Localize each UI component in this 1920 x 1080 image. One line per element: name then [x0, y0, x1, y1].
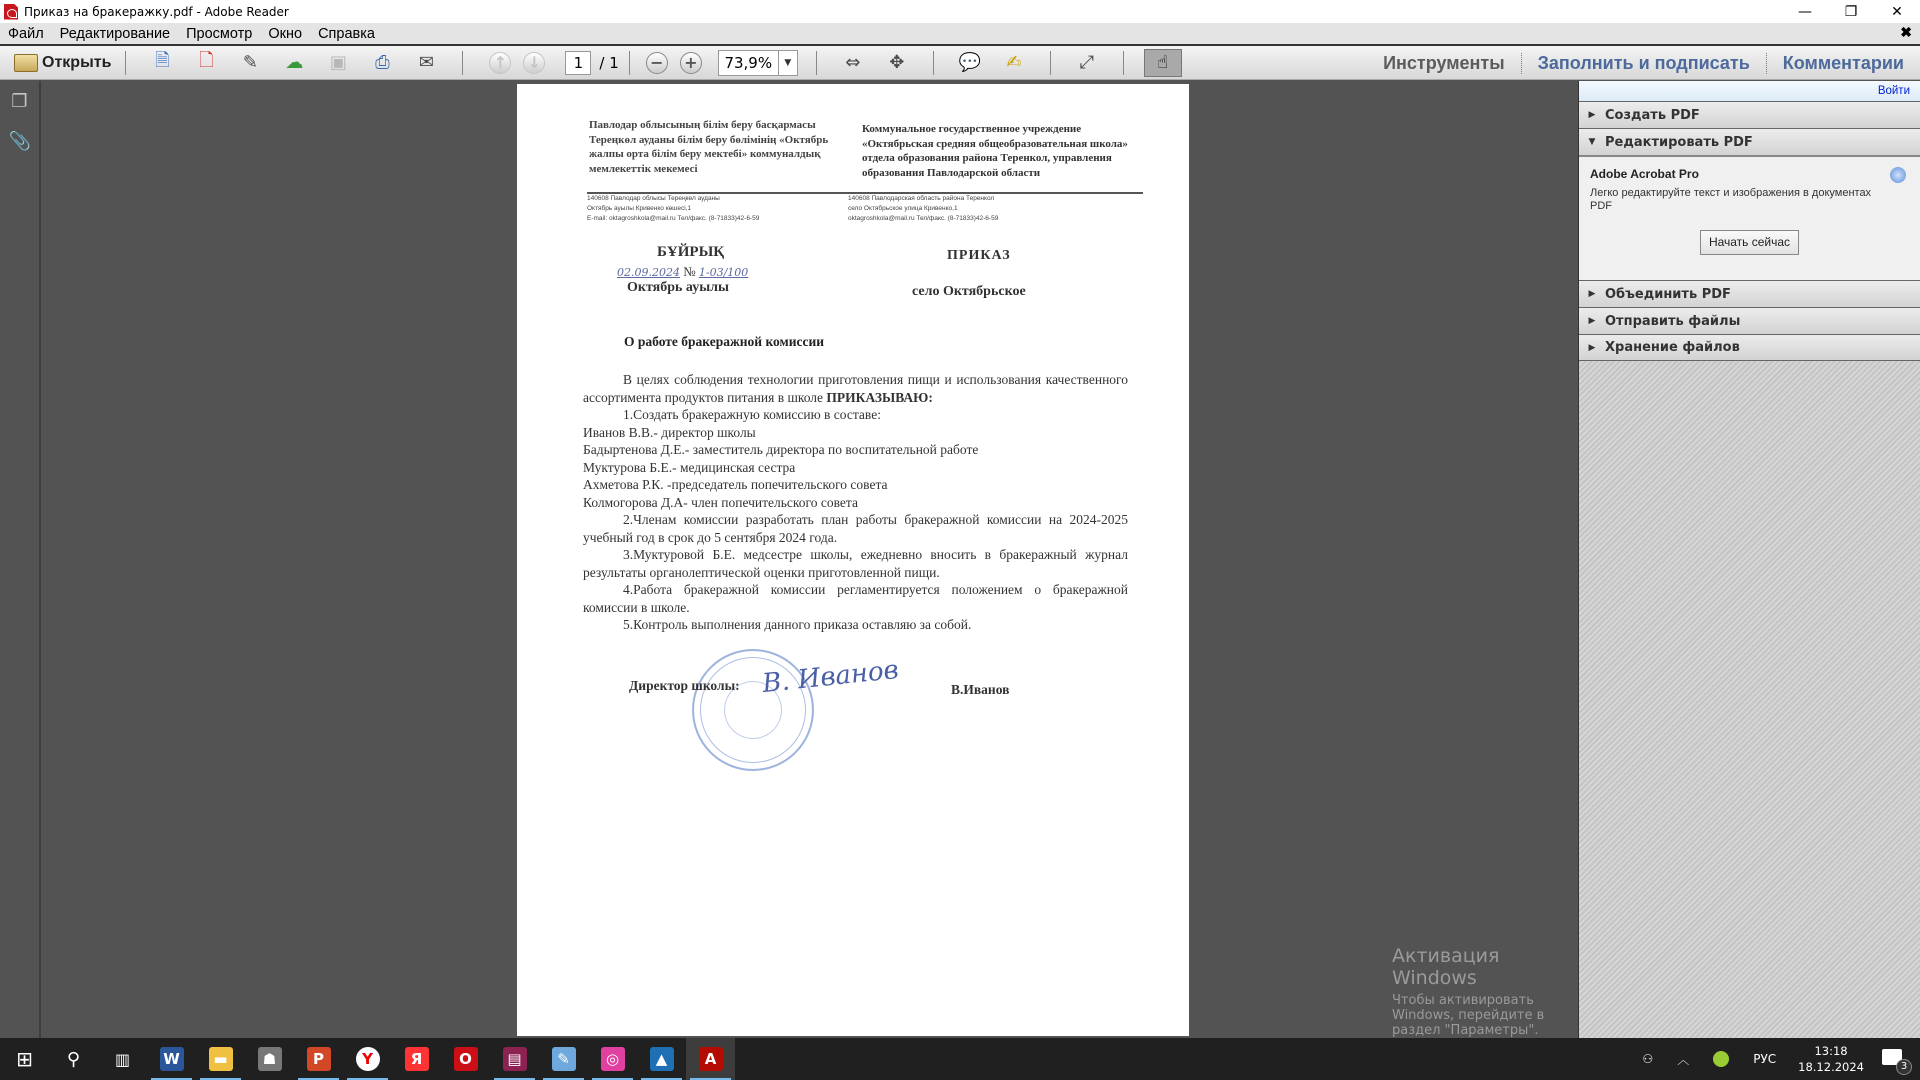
- separator: [125, 51, 126, 75]
- separator: [816, 51, 817, 75]
- item-4: 4.Работа бракеражной комиссии регламенти…: [583, 581, 1128, 616]
- start-button[interactable]: ⊞: [0, 1038, 49, 1080]
- title-bar: Приказ на бракеражку.pdf - Adobe Reader …: [0, 0, 1920, 23]
- collapse-icon: ▼: [1579, 137, 1605, 147]
- yandex-icon: Я: [405, 1047, 429, 1071]
- item-5: 5.Контроль выполнения данного приказа ос…: [583, 616, 1128, 634]
- comment-icon[interactable]: 💬: [956, 49, 984, 77]
- title-russian: ПРИКАЗ: [947, 248, 1011, 264]
- page-thumbnails-icon[interactable]: ❐: [9, 91, 31, 113]
- save-icon[interactable]: ▣: [324, 49, 352, 77]
- order-body: В целях соблюдения технологии приготовле…: [583, 371, 1128, 634]
- taskbar-app-winrar[interactable]: ▤: [490, 1038, 539, 1080]
- tab-tools[interactable]: Инструменты: [1367, 53, 1521, 74]
- close-button[interactable]: ✕: [1874, 0, 1920, 23]
- notification-count: 3: [1896, 1059, 1912, 1075]
- edit-pdf-icon[interactable]: ✎: [236, 49, 264, 77]
- section-store-files[interactable]: ▶ Хранение файлов: [1579, 334, 1920, 361]
- language-indicator[interactable]: РУС: [1753, 1052, 1776, 1066]
- title-kazakh: БҰЙРЫҚ: [657, 244, 724, 261]
- intro-paragraph: В целях соблюдения технологии приготовле…: [583, 371, 1128, 406]
- adobe-reader-icon: A: [699, 1047, 723, 1071]
- show-hidden-icons[interactable]: ︿: [1677, 1051, 1689, 1068]
- member: Иванов В.В.- директор школы: [583, 424, 1128, 442]
- order-subject: О работе бракеражной комиссии: [624, 334, 824, 350]
- item-3: 3.Муктуровой Б.Е. медсестре школы, ежедн…: [583, 546, 1128, 581]
- separator: [1050, 51, 1051, 75]
- create-pdf-icon[interactable]: 🗎: [148, 49, 176, 77]
- search-icon: ⚲: [67, 1049, 80, 1070]
- section-send-files[interactable]: ▶ Отправить файлы: [1579, 307, 1920, 334]
- menu-edit[interactable]: Редактирование: [52, 26, 178, 42]
- people-icon[interactable]: ⚇: [1642, 1052, 1653, 1066]
- taskbar-app-opera[interactable]: O: [441, 1038, 490, 1080]
- village-kazakh: Октябрь ауылы: [627, 280, 729, 296]
- yandex-browser-icon: Y: [356, 1047, 380, 1071]
- separator: [1123, 51, 1124, 75]
- expand-icon: ▶: [1579, 316, 1605, 326]
- section-combine-pdf[interactable]: ▶ Объединить PDF: [1579, 280, 1920, 307]
- task-view-button[interactable]: ▥: [98, 1038, 147, 1080]
- next-page-button[interactable]: ↓: [523, 52, 545, 74]
- item-2: 2.Членам комиссии разработать план работ…: [583, 511, 1128, 546]
- member: Колмогорова Д.А- член попечительского со…: [583, 494, 1128, 512]
- header-kazakh: Павлодар облысының білім беру басқармасы…: [589, 118, 859, 176]
- order-number: 02.09.2024 № 1-03/100: [617, 264, 748, 280]
- address-kazakh: 140608 Павлодар облысы Тереңкөл ауданы О…: [587, 194, 759, 224]
- expand-icon: ▶: [1579, 289, 1605, 299]
- taskbar-app-adobe-reader[interactable]: A: [686, 1038, 735, 1080]
- email-icon[interactable]: ✉: [412, 49, 440, 77]
- menu-view[interactable]: Просмотр: [178, 26, 260, 42]
- product-description: Легко редактируйте текст и изображения в…: [1590, 187, 1890, 213]
- pdf-page: Павлодар облысының білім беру басқармасы…: [517, 84, 1189, 1036]
- address-russian: 140608 Павлодарская область района Терен…: [848, 194, 998, 224]
- close-document-icon[interactable]: ✖: [1900, 24, 1912, 41]
- window-title: Приказ на бракеражку.pdf - Adobe Reader: [24, 5, 289, 19]
- counter-strike-icon: ☗: [258, 1047, 282, 1071]
- document-viewport[interactable]: Павлодар облысының білім беру басқармасы…: [43, 81, 1578, 1038]
- taskbar-app-powerpoint[interactable]: P: [294, 1038, 343, 1080]
- order-date: 02.09.2024: [617, 266, 680, 279]
- toolbar: Открыть 🗎 🗋 ✎ ☁ ▣ ⎙ ✉ ↑ ↓ 1 / 1 − + 73,9…: [0, 44, 1920, 80]
- login-link[interactable]: Войти: [1579, 81, 1920, 101]
- section-edit-pdf[interactable]: ▼ Редактировать PDF: [1579, 128, 1920, 155]
- pinned-apps: W▬☗PYЯO▤✎◎▲A: [147, 1038, 735, 1080]
- member: Бадыртенова Д.Е.- заместитель директора …: [583, 441, 1128, 459]
- windows-icon: ⊞: [16, 1047, 33, 1071]
- powerpoint-icon: P: [307, 1047, 331, 1071]
- separator: [629, 51, 630, 75]
- navigation-rail: ❐ 📎: [0, 81, 41, 1038]
- page-total: / 1: [599, 54, 618, 72]
- open-label: Открыть: [42, 54, 111, 72]
- opera-icon: O: [454, 1047, 478, 1071]
- signer-name: В.Иванов: [951, 682, 1009, 698]
- photos-app-icon: ◎: [601, 1047, 625, 1071]
- winrar-icon: ▤: [503, 1047, 527, 1071]
- highlight-text-icon[interactable]: ✍: [1000, 49, 1028, 77]
- print-icon[interactable]: ⎙: [368, 49, 396, 77]
- attachments-icon[interactable]: 📎: [9, 131, 31, 153]
- search-button[interactable]: ⚲: [49, 1038, 98, 1080]
- menu-window[interactable]: Окно: [260, 26, 310, 42]
- maximize-button[interactable]: ❐: [1828, 0, 1874, 23]
- zoom-out-button[interactable]: −: [646, 52, 668, 74]
- explorer-icon: ▬: [209, 1047, 233, 1071]
- taskbar-app-photos-app[interactable]: ◎: [588, 1038, 637, 1080]
- page-number-input[interactable]: 1: [565, 51, 591, 75]
- taskbar-app-explorer[interactable]: ▬: [196, 1038, 245, 1080]
- start-now-button[interactable]: Начать сейчас: [1700, 230, 1799, 255]
- word-icon: W: [160, 1047, 184, 1071]
- photos-icon: ▲: [650, 1047, 674, 1071]
- taskbar: ⊞ ⚲ ▥ W▬☗PYЯO▤✎◎▲A ⚇ ︿ РУС 13:18 18.12.2…: [0, 1038, 1920, 1080]
- order-id: 1-03/100: [699, 266, 748, 279]
- system-tray: ⚇ ︿ РУС 13:18 18.12.2024 3: [1630, 1038, 1920, 1080]
- item-1: 1.Создать бракеражную комиссию в составе…: [583, 406, 1128, 424]
- menu-help[interactable]: Справка: [310, 26, 383, 42]
- fit-page-icon[interactable]: ✥: [883, 49, 911, 77]
- signer-title: Директор школы:: [629, 678, 740, 694]
- product-name: Adobe Acrobat Pro: [1590, 167, 1699, 181]
- panel-tabs: Инструменты Заполнить и подписать Коммен…: [1367, 46, 1920, 80]
- member: Муктурова Б.Е.- медицинская сестра: [583, 459, 1128, 477]
- clock[interactable]: 13:18 18.12.2024: [1798, 1043, 1864, 1075]
- fit-width-icon[interactable]: ⇔: [839, 49, 867, 77]
- taskbar-app-photos[interactable]: ▲: [637, 1038, 686, 1080]
- upload-cloud-icon[interactable]: ☁: [280, 49, 308, 77]
- separator: [933, 51, 934, 75]
- chevron-down-icon[interactable]: ▼: [779, 51, 797, 75]
- paint-icon: ✎: [552, 1047, 576, 1071]
- header-russian: Коммунальное государственное учреждение …: [862, 122, 1142, 180]
- tools-panel: Войти ▶ Создать PDF ▼ Редактировать PDF …: [1578, 81, 1920, 1038]
- folder-icon: [14, 54, 38, 72]
- section-create-pdf[interactable]: ▶ Создать PDF: [1579, 101, 1920, 128]
- expand-icon: ▶: [1579, 110, 1605, 120]
- minimize-button[interactable]: —: [1782, 0, 1828, 23]
- zoom-value[interactable]: 73,9%: [719, 51, 779, 75]
- taskbar-app-counter-strike[interactable]: ☗: [245, 1038, 294, 1080]
- separator: [462, 51, 463, 75]
- village-russian: село Октябрьское: [912, 284, 1026, 300]
- menu-file[interactable]: Файл: [0, 26, 52, 42]
- previous-page-button[interactable]: ↑: [489, 52, 511, 74]
- taskbar-app-paint[interactable]: ✎: [539, 1038, 588, 1080]
- full-screen-icon[interactable]: ⤢: [1073, 49, 1101, 77]
- tab-comments[interactable]: Комментарии: [1766, 53, 1920, 74]
- hand-tool-icon[interactable]: ☝: [1144, 49, 1182, 77]
- taskbar-app-yandex[interactable]: Я: [392, 1038, 441, 1080]
- open-button[interactable]: Открыть: [14, 54, 111, 72]
- window-controls: — ❐ ✕: [1782, 0, 1920, 23]
- member: Ахметова Р.К. -председатель попечительск…: [583, 476, 1128, 494]
- taskbar-app-word[interactable]: W: [147, 1038, 196, 1080]
- taskbar-app-yandex-browser[interactable]: Y: [343, 1038, 392, 1080]
- convert-pdf-icon[interactable]: 🗋: [192, 49, 220, 77]
- task-view-icon: ▥: [115, 1050, 130, 1069]
- windows-activation-watermark: Активация Windows Чтобы активировать Win…: [1392, 945, 1578, 1038]
- zoom-select[interactable]: 73,9% ▼: [718, 50, 798, 76]
- adobe-reader-icon: [4, 4, 18, 20]
- tab-fill-sign[interactable]: Заполнить и подписать: [1521, 53, 1766, 74]
- zoom-in-button[interactable]: +: [680, 52, 702, 74]
- menu-bar: Файл Редактирование Просмотр Окно Справк…: [0, 23, 1920, 44]
- tray-app-icon[interactable]: [1713, 1051, 1729, 1067]
- expand-icon: ▶: [1579, 343, 1605, 353]
- notifications-button[interactable]: 3: [1882, 1049, 1906, 1069]
- edit-pdf-content: Adobe Acrobat Pro Легко редактируйте тек…: [1579, 155, 1920, 280]
- online-service-icon: [1890, 167, 1906, 183]
